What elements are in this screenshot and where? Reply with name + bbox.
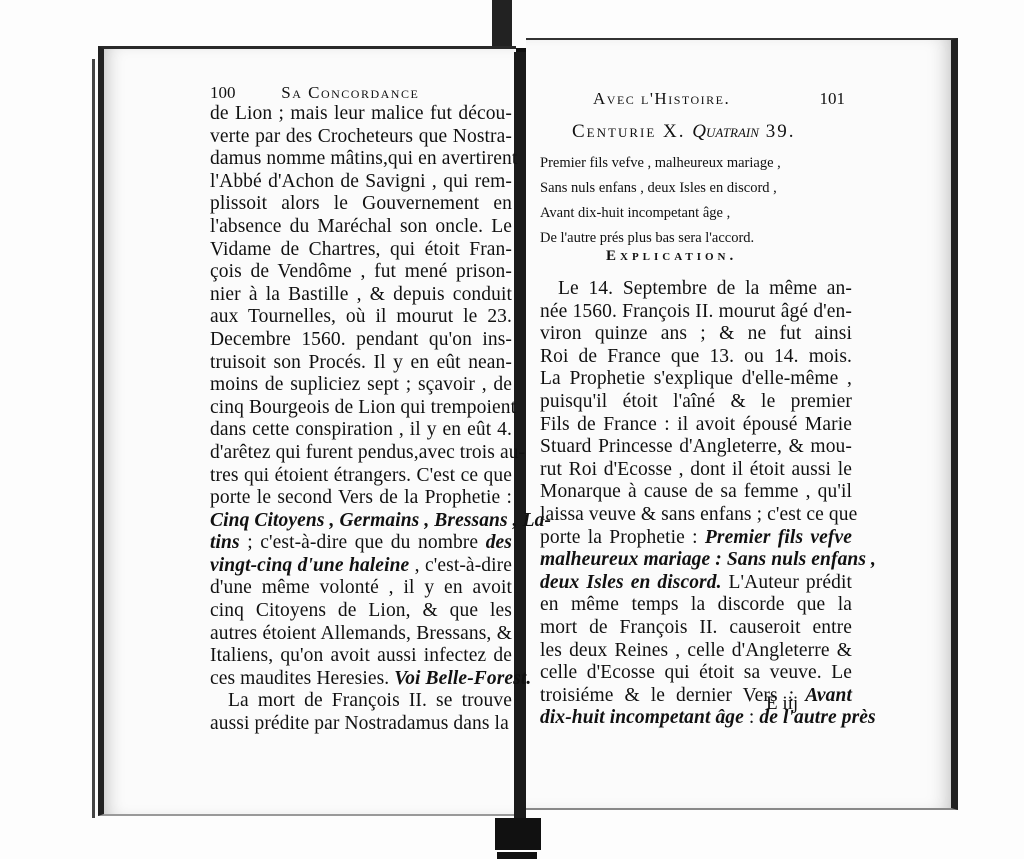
text-line: ces maudites Heresies. Voi Belle-Forest. bbox=[210, 668, 512, 691]
text-line: celle d'Ecosse qui étoit sa veuve. Le bbox=[540, 662, 852, 685]
text-line: Cinq Citoyens , Germains , Bressans , La… bbox=[210, 510, 512, 533]
text-segment: verte par des Crocheteurs que Nostra- bbox=[210, 126, 512, 147]
text-line: dans cette conspiration , il y en eût 4. bbox=[210, 419, 512, 442]
text-segment: plissoit alors le Gouvernement en bbox=[210, 193, 512, 214]
text-segment: porte le second Vers de la Prophetie : bbox=[210, 487, 512, 508]
book-spine-top bbox=[492, 0, 512, 52]
text-line: Vidame de Chartres, qui étoit Fran- bbox=[210, 239, 512, 262]
quatrain-label: Quatrain bbox=[692, 121, 759, 142]
text-line: Le 14. Septembre de la même an- bbox=[540, 278, 852, 301]
text-line: mort de François II. causeroit entre bbox=[540, 617, 852, 640]
text-line: tins ; c'est-à-dire que du nombre des bbox=[210, 532, 512, 555]
text-segment: l'absence du Maréchal son oncle. Le bbox=[210, 216, 512, 237]
left-page-number: 100 bbox=[210, 83, 236, 102]
text-line: l'Abbé d'Achon de Savigni , qui rem- bbox=[210, 171, 512, 194]
quatrain-verse: Premier fils vefve , malheureux mariage … bbox=[540, 151, 781, 251]
text-line: Fils de France : il avoit épousé Marie bbox=[540, 414, 852, 437]
text-segment: dans cette conspiration , il y en eût 4. bbox=[210, 419, 512, 440]
text-segment: Italiens, qu'on avoit aussi infectez de bbox=[210, 645, 512, 666]
text-segment: mort de François II. causeroit entre bbox=[540, 617, 852, 638]
text-line: cinq Bourgeois de Lion qui trempoient bbox=[210, 397, 512, 420]
text-line: Roi de France que 13. ou 14. mois. bbox=[540, 346, 852, 369]
bookmark-ribbon-end bbox=[497, 852, 537, 859]
text-segment: née 1560. François II. mourut âgé d'en- bbox=[540, 301, 852, 322]
text-line: les deux Reines , celle d'Angleterre & bbox=[540, 640, 852, 663]
text-line: La Prophetie s'explique d'elle-même , bbox=[540, 368, 852, 391]
text-line: Monarque à cause de sa femme , qu'il bbox=[540, 481, 852, 504]
text-segment: L'Auteur prédit bbox=[722, 572, 852, 593]
text-line: Italiens, qu'on avoit aussi infectez de bbox=[210, 645, 512, 668]
text-line: çois de Vendôme , fut mené prison- bbox=[210, 261, 512, 284]
centurie-label: Centurie X. bbox=[572, 121, 686, 142]
text-segment: , c'est-à-dire bbox=[409, 555, 512, 576]
text-line: d'arêtez qui furent pendus,avec trois au… bbox=[210, 442, 512, 465]
text-segment: d'arêtez qui furent pendus,avec trois au… bbox=[210, 442, 525, 463]
text-segment: tres qui étoient étrangers. C'est ce que bbox=[210, 465, 512, 486]
text-line: viron quinze ans ; & ne fut ainsi bbox=[540, 323, 852, 346]
text-segment: Vidame de Chartres, qui étoit Fran- bbox=[210, 239, 512, 260]
text-line: cinq Citoyens de Lion, & que les bbox=[210, 600, 512, 623]
text-line: tres qui étoient étrangers. C'est ce que bbox=[210, 465, 512, 488]
text-segment: porte la Prophetie : bbox=[540, 527, 705, 548]
text-line: dix-huit incompetant âge : de l'autre pr… bbox=[540, 707, 852, 730]
left-running-head: 100 Sa Concordance bbox=[210, 83, 480, 103]
text-segment: l'Abbé d'Achon de Savigni , qui rem- bbox=[210, 171, 512, 192]
italic-text: malheureux mariage : Sans nuls enfans , bbox=[540, 549, 876, 570]
text-line: malheureux mariage : Sans nuls enfans , bbox=[540, 549, 852, 572]
text-line: autres étoient Allemands, Bressans, & bbox=[210, 623, 512, 646]
text-segment: les deux Reines , celle d'Angleterre & bbox=[540, 640, 852, 661]
text-segment: de Lion ; mais leur malice fut décou- bbox=[210, 103, 512, 124]
text-line: plissoit alors le Gouvernement en bbox=[210, 193, 512, 216]
text-line: deux Isles en discord. L'Auteur prédit bbox=[540, 572, 852, 595]
text-segment: Fils de France : il avoit épousé Marie bbox=[540, 414, 852, 435]
text-line: verte par des Crocheteurs que Nostra- bbox=[210, 126, 512, 149]
text-line: l'absence du Maréchal son oncle. Le bbox=[210, 216, 512, 239]
text-segment: La Prophetie s'explique d'elle-même , bbox=[540, 368, 852, 389]
bookmark-ribbon bbox=[495, 818, 541, 850]
text-line: Decembre 1560. pendant qu'on ins- bbox=[210, 329, 512, 352]
italic-text: des bbox=[486, 532, 512, 553]
right-running-head: Avec l'Histoire. 101 bbox=[593, 89, 853, 109]
text-segment: laissa veuve & sans enfans ; c'est ce qu… bbox=[540, 504, 857, 525]
text-line: porte la Prophetie : Premier fils vefve bbox=[540, 527, 852, 550]
text-line: porte le second Vers de la Prophetie : bbox=[210, 487, 512, 510]
left-body-text: de Lion ; mais leur malice fut décou-ver… bbox=[210, 103, 512, 736]
text-line: damus nomme mâtins,qui en avertirent bbox=[210, 148, 512, 171]
text-segment: ces maudites Heresies. bbox=[210, 668, 394, 689]
right-running-title: Avec l'Histoire. bbox=[593, 89, 730, 108]
italic-text: Cinq Citoyens , Germains , Bressans , La… bbox=[210, 510, 551, 531]
text-segment: nier à la Bastille , & depuis conduit bbox=[210, 284, 512, 305]
right-body-text: Le 14. Septembre de la même an-née 1560.… bbox=[540, 278, 852, 730]
quatrain-number: 39. bbox=[766, 121, 796, 142]
explication-heading: Explication. bbox=[606, 248, 737, 265]
text-segment: Monarque à cause de sa femme , qu'il bbox=[540, 481, 852, 502]
verse-line: Premier fils vefve , malheureux mariage … bbox=[540, 151, 781, 176]
text-segment: damus nomme mâtins,qui en avertirent bbox=[210, 148, 517, 169]
right-page-number: 101 bbox=[820, 89, 846, 109]
text-segment: moins de supliciez sept ; sçavoir , de bbox=[210, 374, 512, 395]
text-line: puisqu'il étoit l'aîné & le premier bbox=[540, 391, 852, 414]
text-line: truisoit son Procés. Il y en eût nean- bbox=[210, 352, 512, 375]
text-line: d'une même volonté , il y en avoit bbox=[210, 577, 512, 600]
italic-text: vingt-cinq d'une haleine bbox=[210, 555, 409, 576]
text-segment: truisoit son Procés. Il y en eût nean- bbox=[210, 352, 512, 373]
text-line: laissa veuve & sans enfans ; c'est ce qu… bbox=[540, 504, 852, 527]
italic-text: Avant bbox=[805, 685, 852, 706]
text-segment: : bbox=[744, 707, 759, 728]
text-line: vingt-cinq d'une haleine , c'est-à-dire bbox=[210, 555, 512, 578]
text-segment: puisqu'il étoit l'aîné & le premier bbox=[540, 391, 852, 412]
text-segment: celle d'Ecosse qui étoit sa veuve. Le bbox=[540, 662, 852, 683]
italic-text: dix-huit incompetant âge bbox=[540, 707, 744, 728]
text-segment: aux Tournelles, où il mourut le 23. bbox=[210, 306, 512, 327]
text-line: La mort de François II. se trouve bbox=[210, 690, 512, 713]
text-segment: Le 14. Septembre de la même an- bbox=[558, 278, 852, 299]
text-segment: Stuard Princesse d'Angleterre, & mou- bbox=[540, 436, 852, 457]
text-segment: Roi de France que 13. ou 14. mois. bbox=[540, 346, 852, 367]
text-segment: La mort de François II. se trouve bbox=[228, 690, 512, 711]
text-line: aussi prédite par Nostradamus dans la bbox=[210, 713, 512, 736]
text-segment: aussi prédite par Nostradamus dans la bbox=[210, 713, 509, 734]
text-line: troisiéme & le dernier Vers : Avant bbox=[540, 685, 852, 708]
text-line: née 1560. François II. mourut âgé d'en- bbox=[540, 301, 852, 324]
text-segment: cinq Citoyens de Lion, & que les bbox=[210, 600, 512, 621]
signature-mark: E iij bbox=[766, 693, 798, 715]
text-segment: rut Roi d'Ecosse , dont il étoit aussi l… bbox=[540, 459, 852, 480]
text-segment: Decembre 1560. pendant qu'on ins- bbox=[210, 329, 512, 350]
text-segment: ; c'est-à-dire que du nombre bbox=[240, 532, 486, 553]
italic-text: Premier fils vefve bbox=[705, 527, 852, 548]
verse-line: Sans nuls enfans , deux Isles en discord… bbox=[540, 176, 781, 201]
italic-text: tins bbox=[210, 532, 240, 553]
italic-text: deux Isles en discord. bbox=[540, 572, 722, 593]
text-line: de Lion ; mais leur malice fut décou- bbox=[210, 103, 512, 126]
text-line: aux Tournelles, où il mourut le 23. bbox=[210, 306, 512, 329]
text-segment: en même temps la discorde que la bbox=[540, 594, 852, 615]
verse-line: Avant dix-huit incompetant âge , bbox=[540, 201, 781, 226]
text-segment: cinq Bourgeois de Lion qui trempoient bbox=[210, 397, 516, 418]
text-segment: viron quinze ans ; & ne fut ainsi bbox=[540, 323, 852, 344]
left-running-title: Sa Concordance bbox=[281, 83, 419, 102]
centurie-heading: Centurie X. Quatrain 39. bbox=[572, 121, 795, 143]
text-segment: d'une même volonté , il y en avoit bbox=[210, 577, 512, 598]
text-segment: autres étoient Allemands, Bressans, & bbox=[210, 623, 512, 644]
text-line: nier à la Bastille , & depuis conduit bbox=[210, 284, 512, 307]
text-line: rut Roi d'Ecosse , dont il étoit aussi l… bbox=[540, 459, 852, 482]
text-line: en même temps la discorde que la bbox=[540, 594, 852, 617]
italic-text: Voi Belle-Forest. bbox=[394, 668, 531, 689]
text-segment: çois de Vendôme , fut mené prison- bbox=[210, 261, 512, 282]
text-line: moins de supliciez sept ; sçavoir , de bbox=[210, 374, 512, 397]
text-line: Stuard Princesse d'Angleterre, & mou- bbox=[540, 436, 852, 459]
